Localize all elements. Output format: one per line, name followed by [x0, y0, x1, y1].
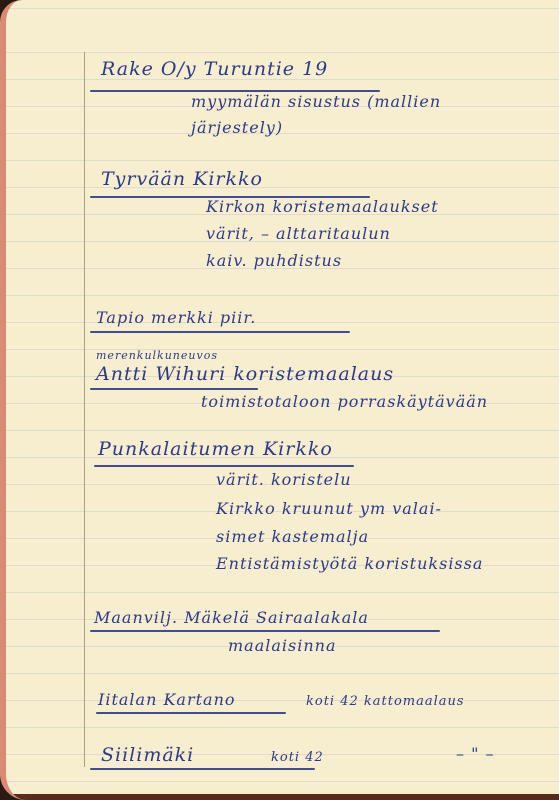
entry-heading: Tyrvään Kirkko: [101, 168, 263, 190]
entry-line: toimistotaloon porraskäytävään: [201, 392, 488, 411]
entry-line: Entistämistyötä koristuksissa: [216, 554, 483, 573]
entry-heading: Antti Wihuri koristemaalaus: [96, 363, 394, 385]
entry-heading: Tapio merkki piir.: [96, 308, 256, 327]
entry-line: myymälän sisustus (mallien: [191, 92, 441, 111]
underline: [90, 630, 440, 632]
entry-line: värit, – alttaritaulun: [206, 224, 391, 243]
entry-heading: Maanvilj. Mäkelä Sairaalakala: [94, 608, 369, 627]
page-bottom-edge: [6, 794, 559, 800]
notebook-page: Rake O/y Turuntie 19 myymälän sisustus (…: [0, 0, 559, 800]
ditto-mark: – " –: [456, 744, 495, 763]
underline: [90, 388, 258, 390]
entry-line: värit. koristelu: [216, 470, 352, 489]
underline: [90, 331, 350, 333]
entry-line: simet kastemalja: [216, 527, 369, 546]
entry-heading: Iitalan Kartano: [98, 690, 236, 709]
underline: [90, 768, 315, 770]
entry-heading: Punkalaitumen Kirkko: [98, 438, 333, 460]
entry-note: merenkulkuneuvos: [96, 349, 218, 362]
entry-trailing: koti 42: [271, 750, 324, 765]
entry-heading: Siilimäki: [101, 744, 194, 766]
entry-line: järjestely): [191, 118, 283, 137]
underline: [94, 465, 354, 467]
entry-line: Kirkon koristemaalaukset: [206, 197, 439, 216]
entry-heading: Rake O/y Turuntie 19: [101, 58, 328, 80]
entry-line: kaiv. puhdistus: [206, 251, 342, 270]
entry-line: maalaisinna: [228, 636, 337, 655]
entry-line: Kirkko kruunut ym valai-: [216, 499, 442, 518]
entry-trailing: koti 42 kattomaalaus: [306, 694, 465, 709]
margin-line: [84, 52, 85, 767]
underline: [96, 712, 286, 714]
